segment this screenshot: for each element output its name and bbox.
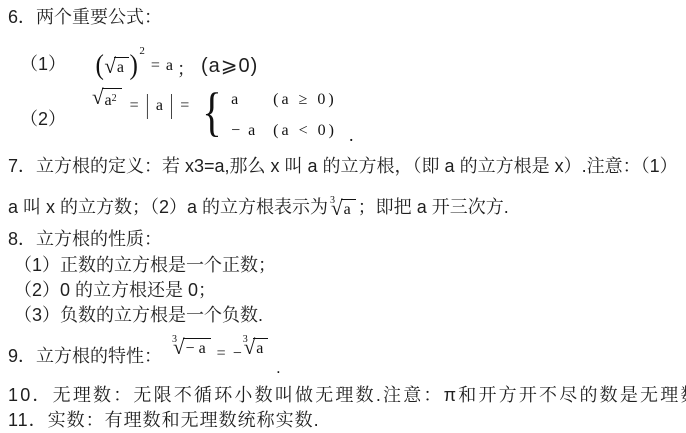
equals-sign: =: [217, 343, 227, 365]
sqrt-radical: √a2: [92, 88, 122, 108]
formula1-label: （1）: [20, 54, 66, 74]
exponent: 2: [139, 45, 145, 57]
cases-brace: {: [202, 86, 221, 138]
abs-bar-left: |: [146, 87, 151, 124]
root-index: 3: [172, 335, 177, 345]
section8-heading: 8．立方根的性质：: [8, 228, 162, 250]
case1-condition: (a ≥ 0): [273, 89, 337, 111]
section11-text: 11．实数：有理数和无理数统称实数.: [8, 409, 320, 431]
equals-abs-equals: =|a|=: [130, 95, 192, 117]
right-paren: ): [129, 53, 137, 79]
section10-text: 10．无理数：无限不循环小数叫做无理数.注意：π和开方开不尽的数是无理数.: [8, 384, 686, 406]
period: .: [349, 124, 354, 146]
radicand: a: [341, 199, 356, 217]
case-row-1: a(a ≥ 0): [231, 89, 337, 111]
minus-sign: −: [233, 343, 242, 365]
section7-line1: 7．立方根的定义：若 x3=a,那么 x 叫 a 的立方根，（即 a 的立方根是…: [8, 155, 678, 177]
radicand-exponent: 2: [112, 93, 117, 104]
section7-line2: a 叫 x 的立方数；（2）a 的立方根表示为3√a；即把 a 开三次方.: [8, 196, 509, 224]
root-index: 3: [243, 335, 248, 345]
period: .: [276, 358, 280, 380]
sqrt-radical: √a: [104, 57, 129, 75]
section9-heading: 9．立方根的特性：: [8, 345, 162, 367]
section6-formula1-row: （1） (√a)2= a；(a⩾0): [20, 40, 258, 79]
cube-root-a: 3√a: [330, 199, 356, 217]
radicand: a: [114, 57, 129, 75]
radicand: a2: [102, 88, 122, 108]
root-index: 3: [330, 196, 335, 206]
section7-line2-after: ；即把 a 开三次方.: [358, 197, 509, 217]
formula-abs-value: √a2 =|a|= { a(a ≥ 0) − a(a < 0) .: [92, 86, 353, 146]
case1-value: a: [231, 89, 273, 111]
radicand-var: a: [105, 92, 112, 109]
abs-bar-right: |: [170, 87, 175, 124]
case2-value: − a: [231, 120, 273, 142]
formula-sqrt-a-squared: (√a)2= a: [95, 57, 174, 74]
formula2-label: （2）: [20, 108, 66, 130]
section6-heading: 6．两个重要公式：: [8, 6, 162, 28]
section8-point-3: （3）负数的立方根是一个负数.: [14, 303, 263, 328]
cube-root-neg-a: 3√− a: [172, 338, 211, 356]
left-paren: (: [95, 53, 103, 79]
radicand: − a: [183, 338, 211, 356]
condition-text: (a⩾0): [201, 55, 258, 77]
section8-point-1: （1）正数的立方根是一个正数；: [14, 253, 276, 278]
semicolon: ；: [177, 59, 195, 79]
cube-root-a: 3√a: [243, 338, 269, 356]
equals-a: = a: [151, 57, 174, 74]
section6-formula2-row: （2） √a2 =|a|= { a(a ≥ 0) − a(a < 0) .: [20, 86, 353, 146]
case-row-2: − a(a < 0): [231, 120, 337, 142]
abs-var: a: [156, 95, 165, 117]
formula-cube-root-identity: 3√− a = − 3√a .: [172, 338, 280, 380]
document-page: 6．两个重要公式： （1） (√a)2= a；(a⩾0) （2） √a2 =|a…: [0, 0, 686, 433]
piecewise-cases: a(a ≥ 0) − a(a < 0): [231, 89, 337, 142]
section8-point-2: （2）0 的立方根还是 0；: [14, 278, 216, 303]
equals-sign: =: [180, 95, 191, 117]
case2-condition: (a < 0): [273, 120, 337, 142]
section9-row: 9．立方根的特性： 3√− a = − 3√a .: [8, 338, 280, 380]
section7-line2-before: a 叫 x 的立方数；（2）a 的立方根表示为: [8, 197, 328, 217]
equals-sign: =: [130, 95, 141, 117]
radicand: a: [253, 338, 268, 356]
